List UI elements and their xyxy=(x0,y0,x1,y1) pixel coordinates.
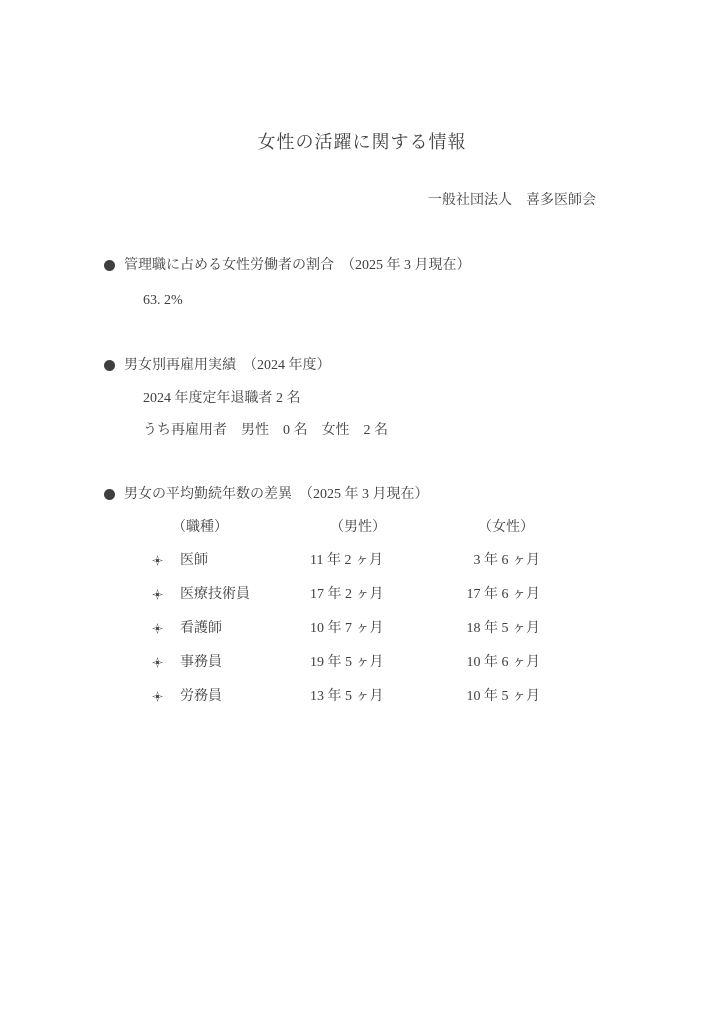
female-value: 18 年 5 ヶ月 xyxy=(412,619,540,639)
table-row: 医療技術員 17 年 2 ヶ月 17 年 6 ヶ月 xyxy=(0,585,724,605)
diamond-bullet-icon xyxy=(152,589,163,600)
bullet-line-rehire: 男女別再雇用実績 （2024 年度） xyxy=(0,356,724,376)
rehire-retirees-text: 2024 年度定年退職者 2 名 xyxy=(143,389,301,409)
diamond-bullet-icon xyxy=(152,691,163,702)
organization-name: 一般社団法人 喜多医師会 xyxy=(0,191,596,211)
rehire-detail-line: うち再雇用者 男性 0 名 女性 2 名 xyxy=(0,421,724,441)
table-row: 労務員 13 年 5 ヶ月 10 年 5 ヶ月 xyxy=(0,687,724,707)
section-heading: 男女別再雇用実績 （2024 年度） xyxy=(124,356,331,376)
column-header-male: （男性） xyxy=(330,518,386,538)
female-value: 17 年 6 ヶ月 xyxy=(412,585,540,605)
bullet-line-management-ratio: 管理職に占める女性労働者の割合 （2025 年 3 月現在） xyxy=(0,256,724,276)
diamond-bullet-icon xyxy=(152,657,163,668)
male-value: 10 年 7 ヶ月 xyxy=(310,619,384,639)
management-ratio-value: 63. 2% xyxy=(143,291,183,311)
page-title: 女性の活躍に関する情報 xyxy=(0,130,724,154)
male-value: 11 年 2 ヶ月 xyxy=(310,551,383,571)
document-page: 女性の活躍に関する情報 一般社団法人 喜多医師会 管理職に占める女性労働者の割合… xyxy=(0,0,724,1024)
job-label: 看護師 xyxy=(180,619,222,639)
table-row: 看護師 10 年 7 ヶ月 18 年 5 ヶ月 xyxy=(0,619,724,639)
bullet-circle-icon xyxy=(104,360,115,371)
table-row: 医師 11 年 2 ヶ月 3 年 6 ヶ月 xyxy=(0,551,724,571)
job-label: 事務員 xyxy=(180,653,222,673)
female-value: 10 年 5 ヶ月 xyxy=(412,687,540,707)
table-row: 事務員 19 年 5 ヶ月 10 年 6 ヶ月 xyxy=(0,653,724,673)
column-header-female: （女性） xyxy=(478,518,534,538)
male-value: 17 年 2 ヶ月 xyxy=(310,585,384,605)
rehire-detail-line: 2024 年度定年退職者 2 名 xyxy=(0,389,724,409)
section-heading: 管理職に占める女性労働者の割合 （2025 年 3 月現在） xyxy=(124,256,471,276)
bullet-circle-icon xyxy=(104,260,115,271)
diamond-bullet-icon xyxy=(152,555,163,566)
male-value: 13 年 5 ヶ月 xyxy=(310,687,384,707)
section-heading: 男女の平均勤続年数の差異 （2025 年 3 月現在） xyxy=(124,485,429,505)
table-header-row: （職種） （男性） （女性） xyxy=(0,518,724,538)
rehire-counts-text: うち再雇用者 男性 0 名 女性 2 名 xyxy=(143,421,388,441)
female-value: 10 年 6 ヶ月 xyxy=(412,653,540,673)
bullet-circle-icon xyxy=(104,489,115,500)
management-ratio-value-line: 63. 2% xyxy=(0,291,724,311)
diamond-bullet-icon xyxy=(152,623,163,634)
column-header-job: （職種） xyxy=(172,518,228,538)
bullet-line-service-years: 男女の平均勤続年数の差異 （2025 年 3 月現在） xyxy=(0,485,724,505)
job-label: 労務員 xyxy=(180,687,222,707)
job-label: 医師 xyxy=(180,551,208,571)
male-value: 19 年 5 ヶ月 xyxy=(310,653,384,673)
female-value: 3 年 6 ヶ月 xyxy=(412,551,540,571)
job-label: 医療技術員 xyxy=(180,585,250,605)
